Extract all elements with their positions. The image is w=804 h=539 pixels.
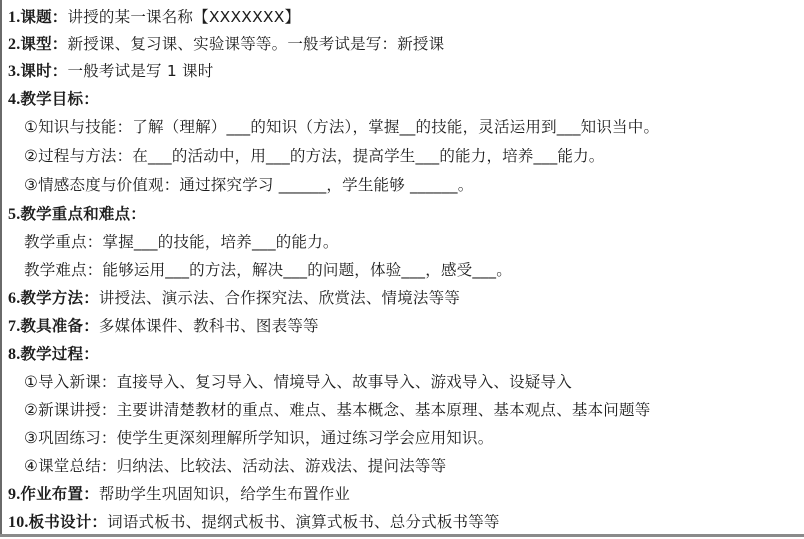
process-item: ①导入新课：直接导入、复习导入、情境导入、故事导入、游戏导入、设疑导入 xyxy=(24,369,572,395)
objective-item: ③情感态度与价值观：通过探究学习 ______，学生能够 ______。 xyxy=(24,172,473,198)
section-text: 多媒体课件、教科书、图表等等 xyxy=(99,317,319,335)
section-9: 9.作业布置：帮助学生巩固知识，给学生布置作业 xyxy=(8,481,350,507)
objective-item: ②过程与方法：在___的活动中，用___的方法，提高学生___的能力，培养___… xyxy=(24,143,605,169)
lesson-plan-document: 1.课题：讲授的某一课名称【XXXXXXX】 2.课型：新授课、复习课、实验课等… xyxy=(0,0,804,534)
section-heading: 作业布置： xyxy=(20,485,99,503)
section-2: 2.课型：新授课、复习课、实验课等等。一般考试是写：新授课 xyxy=(8,31,444,57)
section-heading: 课时： xyxy=(20,62,67,80)
section-text: 帮助学生巩固知识，给学生布置作业 xyxy=(99,485,350,503)
section-10: 10.板书设计：词语式板书、提纲式板书、演算式板书、总分式板书等等 xyxy=(8,509,500,535)
section-heading: 教具准备： xyxy=(20,317,99,335)
process-item: ③巩固练习：使学生更深刻理解所学知识，通过练习学会应用知识。 xyxy=(24,425,493,451)
section-1: 1.课题：讲授的某一课名称【XXXXXXX】 xyxy=(8,4,300,30)
section-text: 新授课、复习课、实验课等等。一般考试是写：新授课 xyxy=(68,35,445,53)
bottom-border xyxy=(0,534,804,537)
section-7: 7.教具准备：多媒体课件、教科书、图表等等 xyxy=(8,313,319,339)
objective-item: ①知识与技能：了解（理解）___的知识（方法），掌握__的技能，灵活运用到___… xyxy=(24,114,659,140)
section-heading: 教学方法： xyxy=(20,289,99,307)
section-8: 8.教学过程： xyxy=(8,341,99,367)
section-5: 5.教学重点和难点： xyxy=(8,201,146,227)
section-heading: 教学目标： xyxy=(20,90,99,108)
key-point-item: 教学重点：掌握___的技能，培养___的能力。 xyxy=(24,229,339,255)
process-item: ②新课讲授：主要讲清楚教材的重点、难点、基本概念、基本原理、基本观点、基本问题等 xyxy=(24,397,650,423)
section-heading: 课题： xyxy=(20,8,67,26)
section-heading: 板书设计： xyxy=(29,513,108,531)
section-3: 3.课时：一般考试是写 1 课时 xyxy=(8,58,213,84)
section-text: 词语式板书、提纲式板书、演算式板书、总分式板书等等 xyxy=(107,513,500,531)
section-heading: 教学重点和难点： xyxy=(20,205,146,223)
section-text: 讲授的某一课名称【XXXXXXX】 xyxy=(68,8,301,26)
section-heading: 课型： xyxy=(20,35,67,53)
section-text: 讲授法、演示法、合作探究法、欣赏法、情境法等等 xyxy=(99,289,460,307)
section-heading: 教学过程： xyxy=(20,345,99,363)
section-4: 4.教学目标： xyxy=(8,86,99,112)
section-6: 6.教学方法：讲授法、演示法、合作探究法、欣赏法、情境法等等 xyxy=(8,285,460,311)
section-text: 一般考试是写 1 课时 xyxy=(68,62,214,80)
key-point-item: 教学难点：能够运用___的方法，解决___的问题，体验___，感受___。 xyxy=(24,257,512,283)
process-item: ④课堂总结：归纳法、比较法、活动法、游戏法、提问法等等 xyxy=(24,453,446,479)
